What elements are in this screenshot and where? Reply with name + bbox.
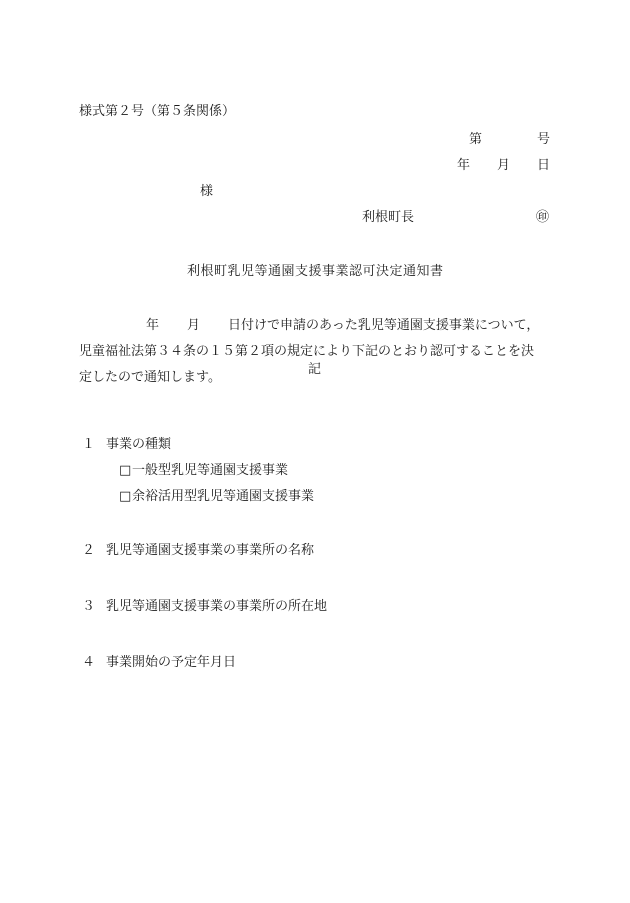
doc-number-prefix: 第 [469,132,482,148]
item-number: ３ [82,599,95,615]
document-title: 利根町乳児等通園支援事業認可決定通知書 [187,264,444,280]
item-label: 乳児等通園支援事業の事業所の所在地 [106,599,327,615]
checkbox-general-type[interactable]: □ [119,463,131,479]
recipient-suffix: 様 [200,184,213,200]
option-label-general-type: 一般型乳児等通園支援事業 [132,463,288,479]
date-day: 日 [537,158,550,174]
date-month: 月 [497,158,510,174]
body-line2: 児童福祉法第３４条の１５第２項の規定により下記のとおり認可することを決 [79,344,534,360]
item-label: 乳児等通園支援事業の事業所の名称 [106,543,314,559]
item-number: ２ [82,543,95,559]
body-month: 月 [187,318,200,334]
checkbox-surplus-type[interactable]: □ [119,489,131,505]
body-line1: 日付けで申請のあった乳児等通園支援事業について， [228,318,539,334]
option-label-surplus-type: 余裕活用型乳児等通園支援事業 [132,489,314,505]
item-number: ４ [82,655,95,671]
form-number: 様式第２号（第５条関係） [79,104,235,120]
item-label: 事業開始の予定年月日 [106,655,236,671]
seal-mark-icon: ㊞ [536,210,549,226]
date-year: 年 [457,158,470,174]
body-year: 年 [146,318,159,334]
body-line3: 定したので通知します。 [79,370,221,386]
doc-number-suffix: 号 [537,132,550,148]
item-label: 事業の種類 [106,437,171,453]
ki-heading: 記 [308,362,321,378]
issuer-name: 利根町長 [362,210,414,226]
item-number: １ [82,437,95,453]
